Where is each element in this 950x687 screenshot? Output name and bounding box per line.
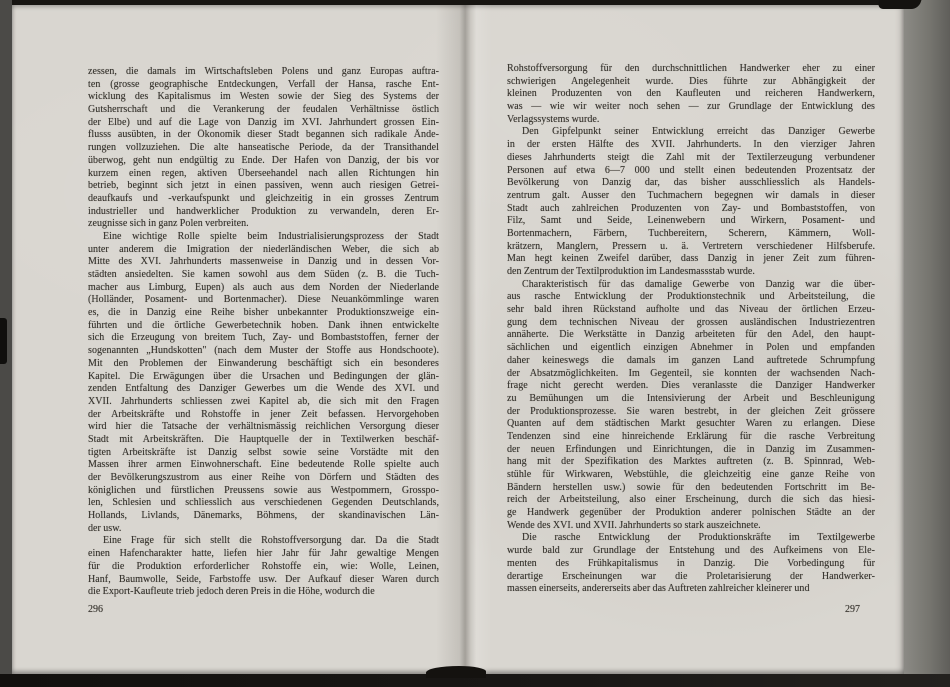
text-line: Rohstoffversorgung für den durchschnittl… — [507, 63, 875, 76]
text-line: tigten Arbeitskräfte ist Danzig selbst s… — [88, 447, 439, 460]
book-spread: zessen, die damals im Wirtschaftsleben P… — [12, 4, 904, 674]
page-left-text: zessen, die damals im Wirtschaftsleben P… — [88, 66, 439, 599]
text-line: Hollands, Livlands, Dänemarks, Böhmens, … — [88, 510, 439, 523]
text-line: für die Produktion erforderlicher Rohsto… — [88, 561, 439, 574]
scan-edge-top — [0, 0, 950, 5]
text-line: ten (grosse geographische Entdeckungen, … — [88, 79, 439, 92]
text-line: zu Bemühungen um die Intensivierung der … — [507, 393, 875, 406]
book-gutter-shadow — [436, 4, 492, 674]
text-line: betrieb, beginnt sich jetzt in einen pas… — [88, 180, 439, 193]
text-line: Charakteristisch für das damalige Gewerb… — [507, 279, 875, 292]
text-line: einen Hafencharakter hatte, liefen hier … — [88, 548, 439, 561]
text-line: der neuen Erfindungen und Einrichtungen,… — [507, 444, 875, 457]
text-line: zenden Entfaltung des Danziger Gewerbes … — [88, 383, 439, 396]
text-line: führten und die örtliche Gewerbetechnik … — [88, 320, 439, 333]
text-line: sogenannten „Hundskotten" (nach dem Must… — [88, 345, 439, 358]
paragraph: Eine Frage für sich stellt die Rohstoffv… — [88, 535, 439, 598]
page-number-left: 296 — [88, 604, 103, 615]
text-line: len, Schlesien und schliesslich aus vers… — [88, 497, 439, 510]
paragraph: Eine wichtige Rolle spielte beim Industr… — [88, 231, 439, 536]
text-line: Mitte des XVI. Jahrhunderts massenweise … — [88, 256, 439, 269]
text-line: Bevölkerung von Danzig dar, das bisher a… — [507, 177, 875, 190]
paragraph: Charakteristisch für das damalige Gewerb… — [507, 279, 875, 533]
text-line: Bändern herstellen usw.) sowie für den b… — [507, 482, 875, 495]
text-line: der Absatzmöglichkeiten. Im Gegenteil, s… — [507, 368, 875, 381]
text-line: der Bevölkerungszustrom aus einer Reihe … — [88, 472, 439, 485]
text-line: kurzem einen regen, aktiven Überseehande… — [88, 168, 439, 181]
text-line: wurde bald zur Grundlage der Entstehung … — [507, 545, 875, 558]
text-line: königlichen und fürstlichen Preussens so… — [88, 485, 439, 498]
text-line: Die rasche Entwicklung der Produktionskr… — [507, 532, 875, 545]
text-line: Stadt auch zahlreichen Produzenten von Z… — [507, 203, 875, 216]
text-line: flusss ausübten, in der Ökonomik dieser … — [88, 129, 439, 142]
text-line: Quanten auf dem städtischen Markt gesuch… — [507, 418, 875, 431]
text-line: Tendenzen sind eine hinreichende Erkläru… — [507, 431, 875, 444]
text-line: daher keineswegs die damals im ganzen La… — [507, 355, 875, 368]
text-line: Den Gipfelpunkt seiner Entwicklung errei… — [507, 126, 875, 139]
text-line: zessen, die damals im Wirtschaftsleben P… — [88, 66, 439, 79]
scan-artifact-mark — [0, 318, 7, 364]
text-line: Mit den Problemen der Einwanderung besch… — [88, 358, 439, 371]
text-line: industrieller und handwerklicher Produkt… — [88, 206, 439, 219]
text-line: reich der Arbeitsteilung, also einer Ers… — [507, 494, 875, 507]
spine-shadow — [426, 666, 486, 678]
text-line: hang mit der Spezifikation des Marktes a… — [507, 456, 875, 469]
text-line: Man hegt keinen Zweifel darüber, dass Da… — [507, 253, 875, 266]
text-line: dieses Jahrhunderts steigt die Zahl mit … — [507, 152, 875, 165]
text-line: sächlichen und eigentlich einzigen Abneh… — [507, 342, 875, 355]
scan-edge-right — [904, 0, 950, 687]
paragraph: zessen, die damals im Wirtschaftsleben P… — [88, 66, 439, 231]
text-line: schwierigen Angelegenheit wurde. Dies fü… — [507, 76, 875, 89]
text-line: die Export-Kaufleute trieb jedoch deren … — [88, 586, 439, 599]
text-line: wicklung des Kapitalismus im Westen sowi… — [88, 91, 439, 104]
text-line: deaufkaufs und -verkaufspunkt und gleich… — [88, 193, 439, 206]
text-line: der Produktionsprozesse. Sie waren bestr… — [507, 406, 875, 419]
text-line: menten des Frühkapitalismus in Danzig. D… — [507, 558, 875, 571]
paragraph: Rohstoffversorgung für den durchschnittl… — [507, 63, 875, 126]
text-line: derartige Erscheinungen war die Proletar… — [507, 571, 875, 584]
text-line: Gutsherrschaft und die Verankerung der f… — [88, 104, 439, 117]
text-line: Massen ihrer armen Einwohnerschaft. Eine… — [88, 459, 439, 472]
text-line: Stadt mit Arbeitskräften. Die Hauptquell… — [88, 434, 439, 447]
text-line: Verlagssystems wurde. — [507, 114, 875, 127]
text-line: zeugnisse sich in ganz Polen verbreiten. — [88, 218, 439, 231]
text-line: überwog, geht nun endgültig zu Ende. Der… — [88, 155, 439, 168]
text-line: Bortenmachern, Färbern, Tuchbereitern, S… — [507, 228, 875, 241]
text-line: Personen auf etwa 6—7 000 und stellt ein… — [507, 165, 875, 178]
text-line: rungen vollzuziehen. Die alte hanseatisc… — [88, 142, 439, 155]
text-line: Wende des XVI. und XVII. Jahrhunderts so… — [507, 520, 875, 533]
paragraph: Die rasche Entwicklung der Produktionskr… — [507, 532, 875, 595]
text-line: städten ansiedelten. Sie kamen sowohl au… — [88, 269, 439, 282]
text-line: XVII. Jahrhunderts schliessen zwei Kapit… — [88, 396, 439, 409]
text-line: was — wie wir weiter noch sehen — zur Gr… — [507, 101, 875, 114]
text-line: sehr bald ihren Rückstand aufholte und d… — [507, 304, 875, 317]
text-line: Filz, Samt und Seide, Leinenwebern und W… — [507, 215, 875, 228]
text-line: macher aus Limburg, Eupen) als auch aus … — [88, 282, 439, 295]
text-line: es, die in Danzig eine Reihe bisher unbe… — [88, 307, 439, 320]
text-line: frage nicht gerecht werden. Dies veranla… — [507, 380, 875, 393]
text-line: zentrum galt. Ausser den Tuchmachern beg… — [507, 190, 875, 203]
paragraph: Den Gipfelpunkt seiner Entwicklung errei… — [507, 126, 875, 278]
page-right-text: Rohstoffversorgung für den durchschnittl… — [507, 63, 875, 596]
text-line: (Holländer, Posament- und Bortenmacher).… — [88, 294, 439, 307]
text-line: der Arbeitskräfte und Rohstoffe in jener… — [88, 409, 439, 422]
text-line: unter anderem die Imigration der niederl… — [88, 244, 439, 257]
text-line: der Elbe) und auf die Lage von Danzig im… — [88, 117, 439, 130]
text-line: Kapitel. Die Erwägungen über die Ursache… — [88, 371, 439, 384]
text-line: massen einerseits, andererseits aber das… — [507, 583, 875, 596]
text-line: sich die Erzeugung von breitem Tuch, Zay… — [88, 332, 439, 345]
text-line: stühle für Wirkwaren, Webstühle, die gle… — [507, 469, 875, 482]
text-line: der usw. — [88, 523, 439, 536]
text-line: Hanf, Baumwolle, Seide, Farbstoffe usw. … — [88, 574, 439, 587]
text-line: wird hier die Tatsache der verhältnismäs… — [88, 421, 439, 434]
text-line: in der ersten Hälfte des XVII. Jahrhunde… — [507, 139, 875, 152]
text-line: den Zentrum der Textilproduktion im Land… — [507, 266, 875, 279]
text-line: ge Handwerk gegenüber der Produktion and… — [507, 507, 875, 520]
text-line: annäherte. Die Werkstätte in Danzig arbe… — [507, 329, 875, 342]
text-line: Eine Frage für sich stellt die Rohstoffv… — [88, 535, 439, 548]
text-line: gung dem technischen Niveau der grossen … — [507, 317, 875, 330]
book-scan: zessen, die damals im Wirtschaftsleben P… — [0, 0, 950, 687]
text-line: kleinen Produzenten von den Kaufleuten u… — [507, 88, 875, 101]
text-line: aus rasche Entwicklung der Produktionste… — [507, 291, 875, 304]
page-number-right: 297 — [845, 604, 860, 615]
text-line: Eine wichtige Rolle spielte beim Industr… — [88, 231, 439, 244]
scan-corner-artifact — [877, 0, 922, 9]
text-line: krätzern, Manglern, Pressern u. ä. Vertr… — [507, 241, 875, 254]
